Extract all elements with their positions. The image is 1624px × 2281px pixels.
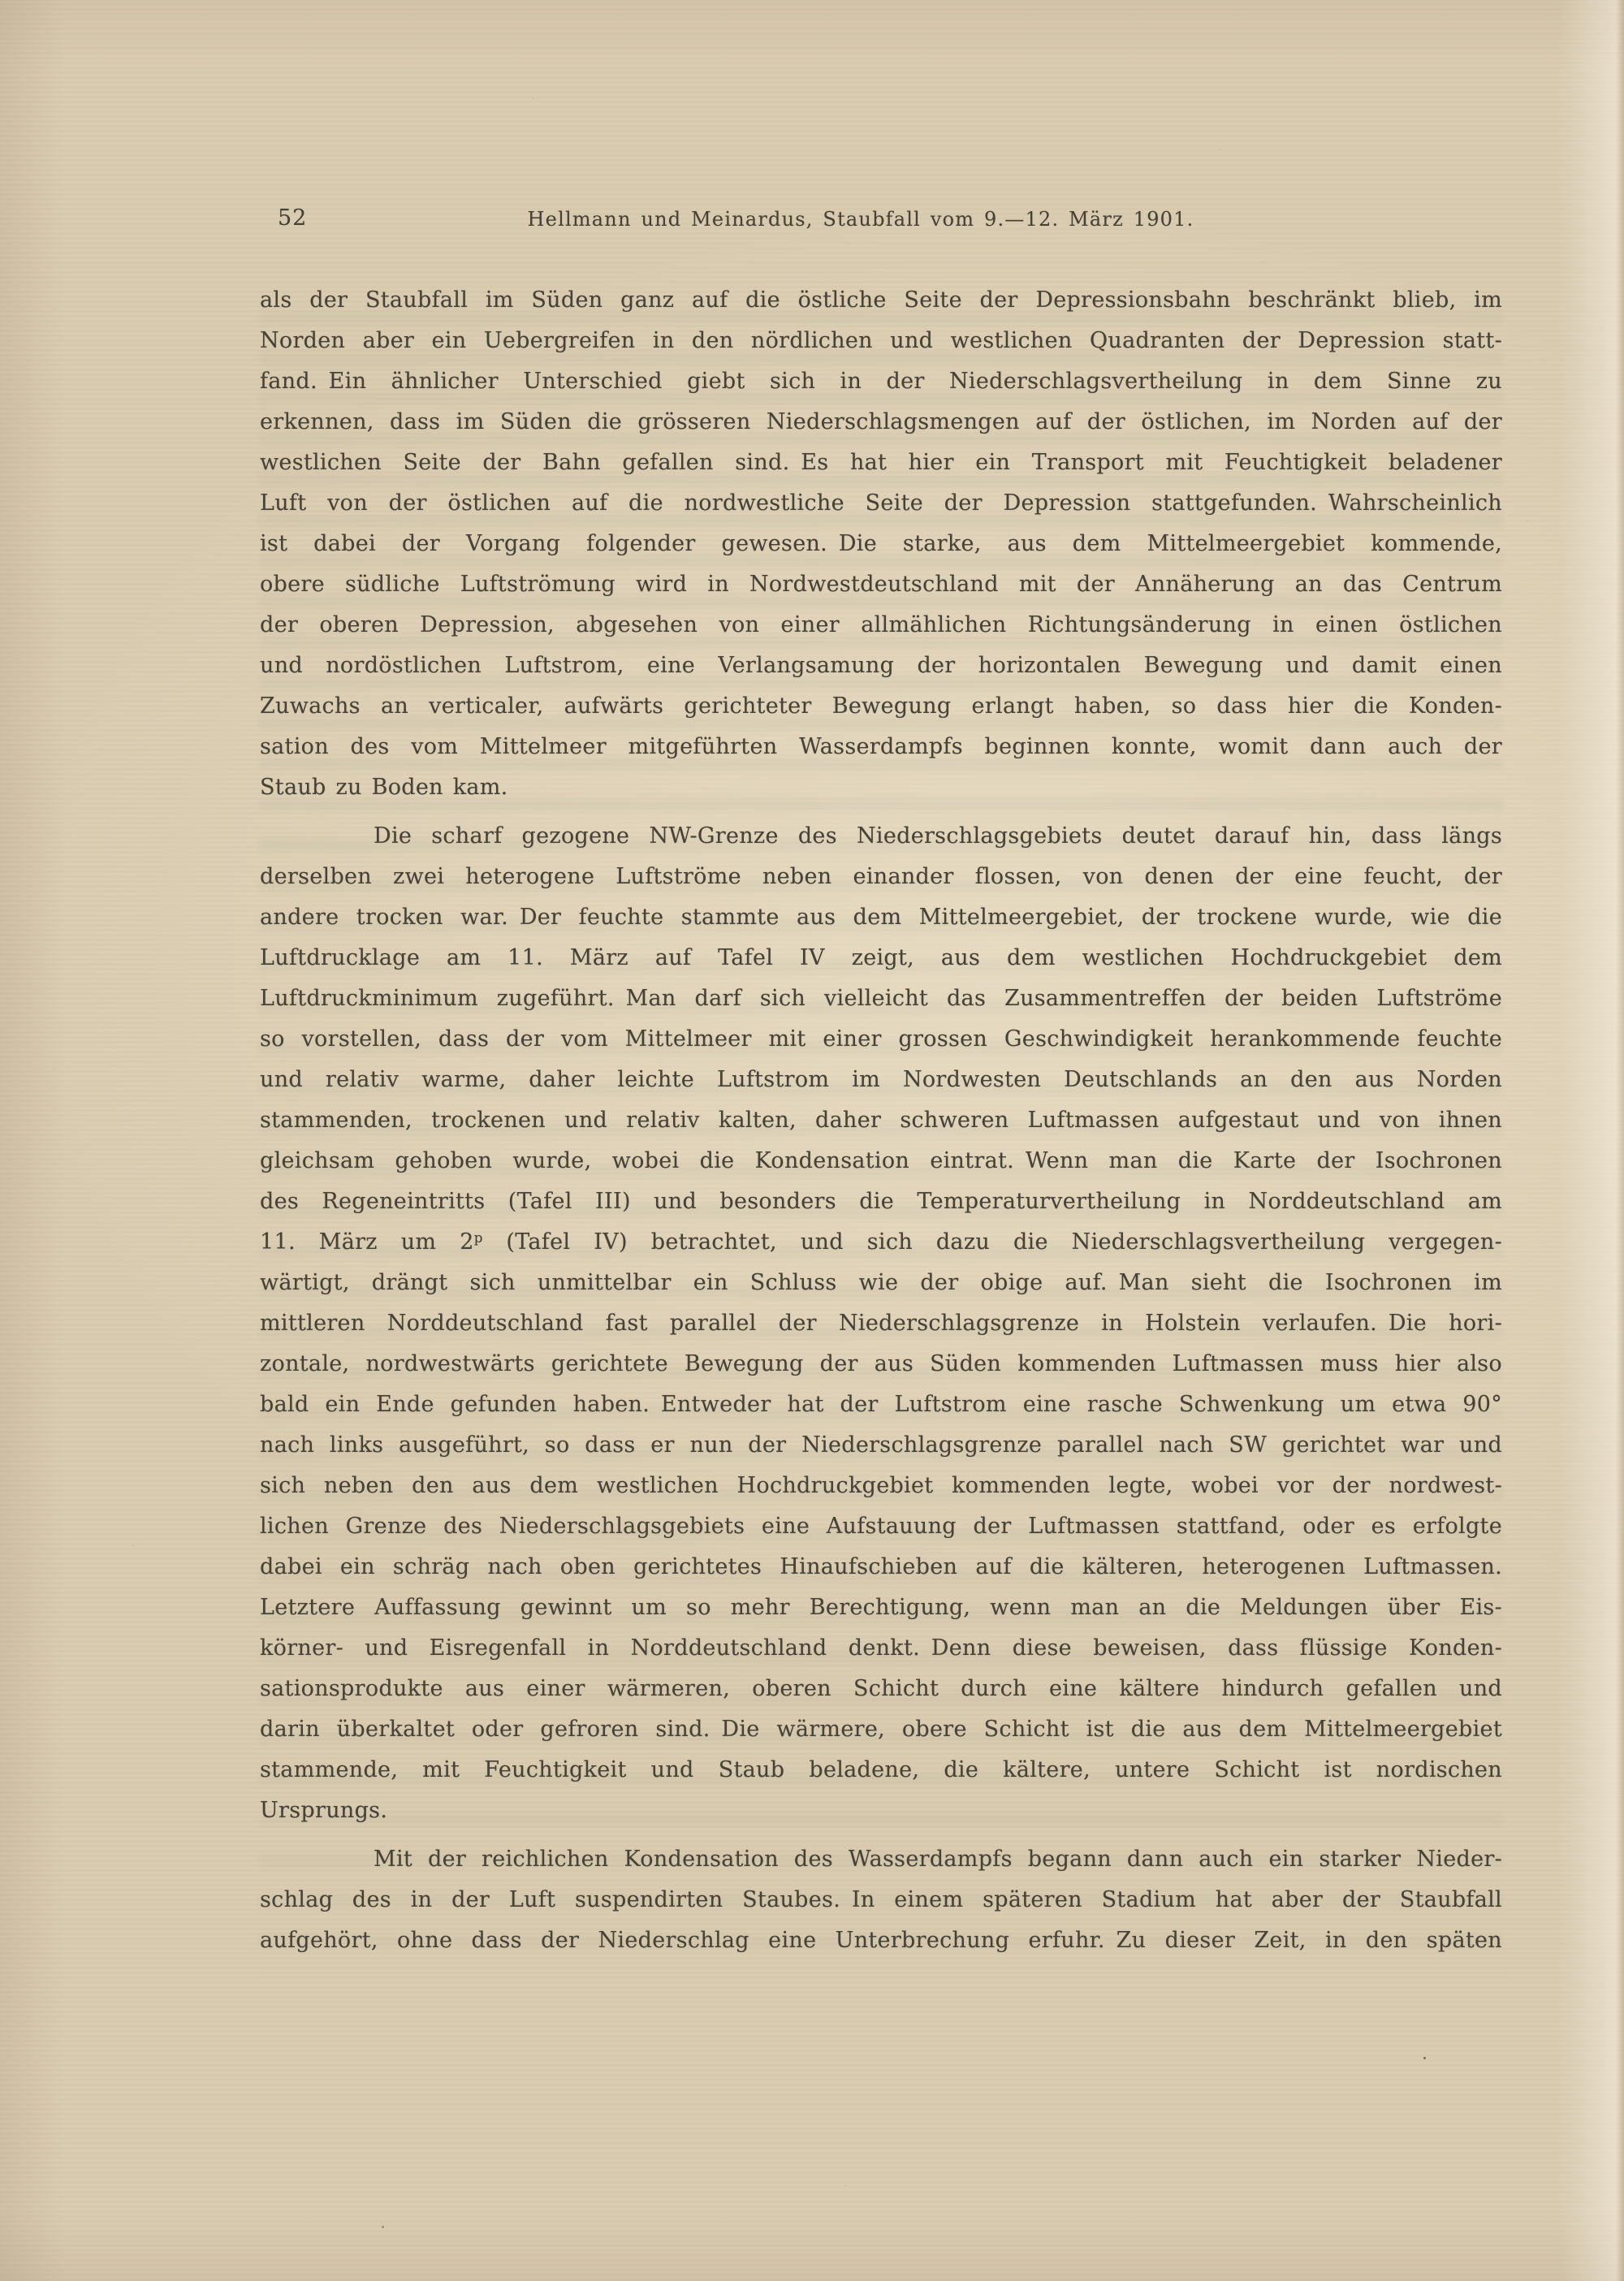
- superscript: p: [474, 1229, 483, 1246]
- text-line: Ursprungs.: [260, 1791, 1502, 1831]
- text-line: Die scharf gezogene NW-Grenze des Nieder…: [260, 816, 1502, 857]
- text-line: Luft von der östlichen auf die nordwestl…: [260, 483, 1502, 524]
- text-line: obere südliche Luftströmung wird in Nord…: [260, 564, 1502, 605]
- text-line: wärtigt, drängt sich unmittelbar ein Sch…: [260, 1263, 1502, 1303]
- text-block: als der Staubfall im Süden ganz auf die …: [260, 280, 1502, 1961]
- text-line: aufgehört, ohne dass der Niederschlag ei…: [260, 1920, 1502, 1961]
- text-line: bald ein Ende gefunden haben. Entweder h…: [260, 1385, 1502, 1425]
- text-line: körner- und Eisregenfall in Norddeutschl…: [260, 1628, 1502, 1669]
- paragraph: Die scharf gezogene NW-Grenze des Nieder…: [260, 816, 1502, 1831]
- text-line: nach links ausgeführt, so dass er nun de…: [260, 1425, 1502, 1466]
- text-line: westlichen Seite der Bahn gefallen sind.…: [260, 443, 1502, 483]
- page: 52 Hellmann und Meinardus, Staubfall vom…: [0, 0, 1624, 2281]
- text-line: Staub zu Boden kam.: [260, 767, 1502, 808]
- text-line: erkennen, dass im Süden die grösseren Ni…: [260, 402, 1502, 443]
- text-line: so vorstellen, dass der vom Mittelmeer m…: [260, 1019, 1502, 1060]
- text-line: fand. Ein ähnlicher Unterschied giebt si…: [260, 361, 1502, 402]
- paragraph: Mit der reichlichen Kondensation des Was…: [260, 1839, 1502, 1961]
- text-line: sationsprodukte aus einer wärmeren, ober…: [260, 1669, 1502, 1709]
- text-line: stammende, mit Feuchtigkeit und Staub be…: [260, 1750, 1502, 1791]
- paper-specks: [0, 0, 2, 2]
- text-line: mittleren Norddeutschland fast parallel …: [260, 1303, 1502, 1344]
- text-line: als der Staubfall im Süden ganz auf die …: [260, 280, 1502, 321]
- text-line: der oberen Depression, abgesehen von ein…: [260, 605, 1502, 646]
- text-line: dabei ein schräg nach oben gerichtetes H…: [260, 1547, 1502, 1588]
- text-line: andere trocken war. Der feuchte stammte …: [260, 897, 1502, 938]
- text-line: 11. März um 2p (Tafel IV) betrachtet, un…: [260, 1222, 1502, 1263]
- text-line: derselben zwei heterogene Luftströme neb…: [260, 857, 1502, 897]
- paragraph: als der Staubfall im Süden ganz auf die …: [260, 280, 1502, 808]
- text-line: sich neben den aus dem westlichen Hochdr…: [260, 1466, 1502, 1506]
- text-line: des Regeneintritts (Tafel III) und beson…: [260, 1182, 1502, 1222]
- text-line: Luftdruckminimum zugeführt. Man darf sic…: [260, 978, 1502, 1019]
- text-line: Letztere Auffassung gewinnt um so mehr B…: [260, 1588, 1502, 1628]
- text-line: darin überkaltet oder gefroren sind. Die…: [260, 1709, 1502, 1750]
- text-line: Luftdrucklage am 11. März auf Tafel IV z…: [260, 938, 1502, 978]
- text-line: zontale, nordwestwärts gerichtete Bewegu…: [260, 1344, 1502, 1385]
- running-header: Hellmann und Meinardus, Staubfall vom 9.…: [260, 208, 1462, 231]
- text-line: schlag des in der Luft suspendirten Stau…: [260, 1880, 1502, 1920]
- text-line: und relativ warme, daher leichte Luftstr…: [260, 1060, 1502, 1100]
- text-line: ist dabei der Vorgang folgender gewesen.…: [260, 524, 1502, 564]
- text-line: gleichsam gehoben wurde, wobei die Konde…: [260, 1141, 1502, 1182]
- text-line: lichen Grenze des Niederschlagsgebiets e…: [260, 1506, 1502, 1547]
- text-line: stammenden, trockenen und relativ kalten…: [260, 1100, 1502, 1141]
- text-line: sation des vom Mittelmeer mitgeführten W…: [260, 727, 1502, 767]
- text-line: Norden aber ein Uebergreifen in den nörd…: [260, 321, 1502, 361]
- text-line: und nordöstlichen Luftstrom, eine Verlan…: [260, 646, 1502, 686]
- text-line: Zuwachs an verticaler, aufwärts gerichte…: [260, 686, 1502, 727]
- text-line: Mit der reichlichen Kondensation des Was…: [260, 1839, 1502, 1880]
